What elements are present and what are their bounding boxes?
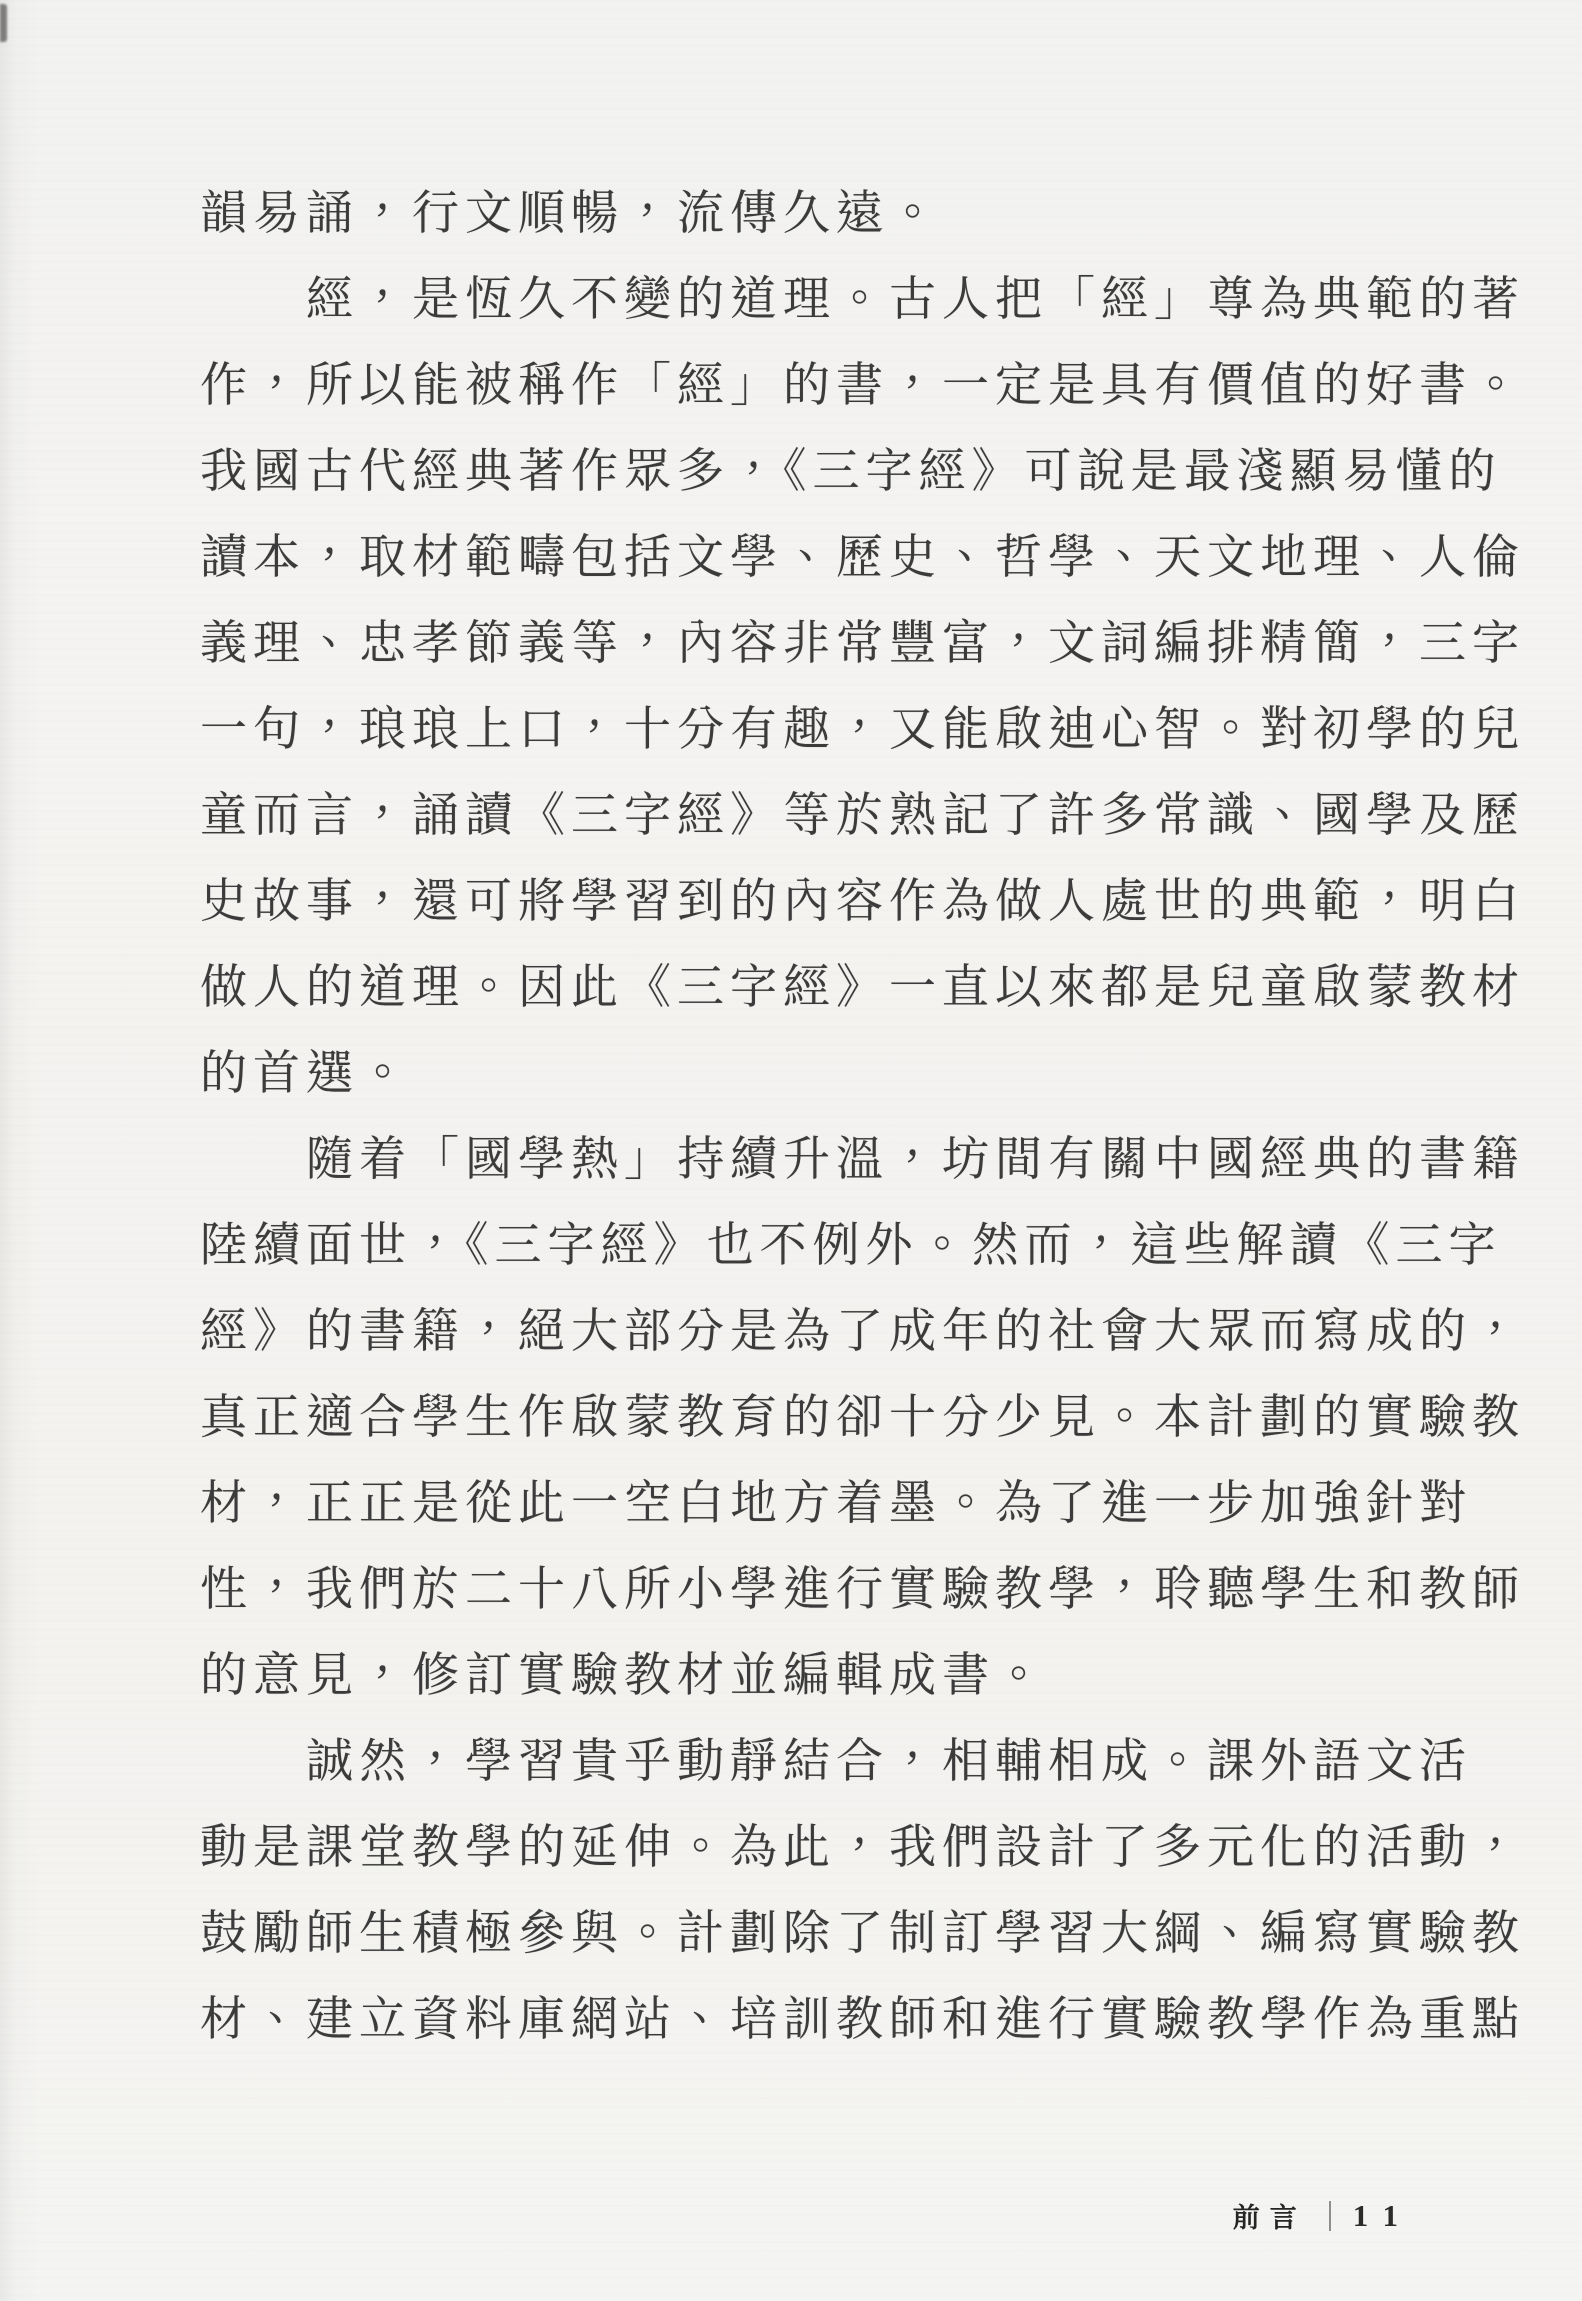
body-line: 隨着「國學熱」持續升溫，坊間有關中國經典的書籍: [200, 1116, 1490, 1202]
body-text: 韻易誦，行文順暢，流傳久遠。經，是恆久不變的道理。古人把「經」尊為典範的著作，所…: [200, 170, 1490, 2062]
body-line: 童而言，誦讀《三字經》等於熟記了許多常識、國學及歷: [200, 772, 1490, 858]
body-line: 做人的道理。因此《三字經》一直以來都是兒童啟蒙教材: [200, 944, 1490, 1030]
body-line: 陸續面世，《三字經》也不例外。然而，這些解讀《三字: [200, 1202, 1490, 1288]
page-footer: 前言 11: [1233, 2196, 1414, 2235]
scan-artifact: [0, 4, 7, 42]
scanned-page: 韻易誦，行文順暢，流傳久遠。經，是恆久不變的道理。古人把「經」尊為典範的著作，所…: [0, 0, 1582, 2301]
body-line: 性，我們於二十八所小學進行實驗教學，聆聽學生和教師: [200, 1546, 1490, 1632]
body-line: 的首選。: [200, 1030, 1490, 1116]
body-line: 作，所以能被稱作「經」的書，一定是具有價值的好書。: [200, 342, 1490, 428]
body-line: 經，是恆久不變的道理。古人把「經」尊為典範的著: [200, 256, 1490, 342]
body-line: 韻易誦，行文順暢，流傳久遠。: [200, 170, 1490, 256]
body-line: 動是課堂教學的延伸。為此，我們設計了多元化的活動，: [200, 1804, 1490, 1890]
body-line: 鼓勵師生積極參與。計劃除了制訂學習大綱、編寫實驗教: [200, 1890, 1490, 1976]
body-line: 的意見，修訂實驗教材並編輯成書。: [200, 1632, 1490, 1718]
body-line: 材，正正是從此一空白地方着墨。為了進一步加強針對: [200, 1460, 1490, 1546]
body-line: 材、建立資料庫網站、培訓教師和進行實驗教學作為重點: [200, 1976, 1490, 2062]
footer-section-label: 前言: [1233, 2196, 1307, 2235]
body-line: 經》的書籍，絕大部分是為了成年的社會大眾而寫成的，: [200, 1288, 1490, 1374]
body-line: 史故事，還可將學習到的內容作為做人處世的典範，明白: [200, 858, 1490, 944]
body-line: 誠然，學習貴乎動靜結合，相輔相成。課外語文活: [200, 1718, 1490, 1804]
body-line: 真正適合學生作啟蒙教育的卻十分少見。本計劃的實驗教: [200, 1374, 1490, 1460]
body-line: 一句，琅琅上口，十分有趣，又能啟迪心智。對初學的兒: [200, 686, 1490, 772]
body-line: 讀本，取材範疇包括文學、歷史、哲學、天文地理、人倫: [200, 514, 1490, 600]
body-line: 我國古代經典著作眾多，《三字經》可說是最淺顯易懂的: [200, 428, 1490, 514]
footer-divider: [1329, 2201, 1331, 2231]
body-line: 義理、忠孝節義等，內容非常豐富，文詞編排精簡，三字: [200, 600, 1490, 686]
footer-page-number: 11: [1353, 2198, 1414, 2234]
